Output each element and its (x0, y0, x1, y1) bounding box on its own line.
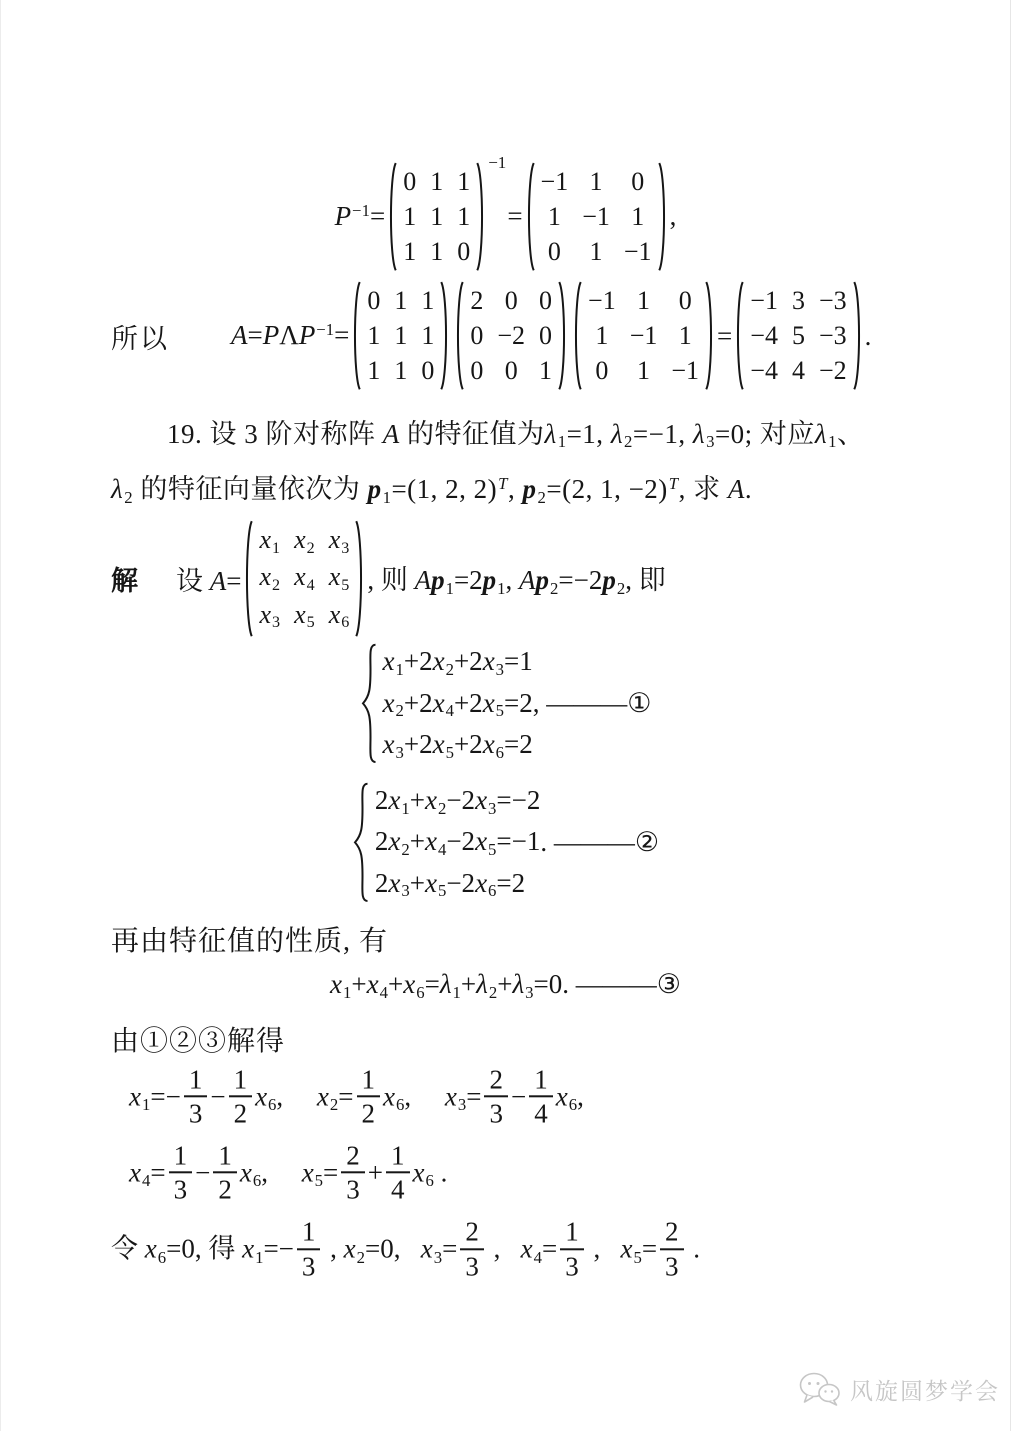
math-text: . ———② (540, 827, 659, 858)
math-text: x1=−13−12x6, x2=12x6, x3=23−14x6, (129, 1067, 584, 1131)
left-paren-icon (453, 281, 465, 390)
left-paren-icon (386, 162, 398, 271)
cases-equation: x1+2x2+2x3=1 (383, 643, 533, 681)
left-paren-icon (571, 281, 583, 390)
fraction: 13 (184, 1064, 208, 1128)
cases-system: 2x1+x2−2x3=−22x2+x4−2x5=−12x3+x5−2x6=2 (352, 782, 541, 903)
fraction: 13 (560, 1217, 584, 1281)
matrix: −1101−1101−1 (524, 162, 669, 271)
fraction: 23 (341, 1140, 365, 1204)
matrix: 011111110−1 (386, 162, 506, 271)
right-paren-icon (657, 162, 669, 271)
watermark: 风旋圆梦学会 (798, 1371, 1000, 1407)
fraction: 13 (169, 1140, 193, 1204)
left-brace-icon (352, 782, 372, 903)
right-paren-icon (475, 162, 487, 271)
matrix: 2000−20001 (453, 281, 569, 390)
math-text: x1+x4+x6=λ1+λ2+λ3=0. ———③ (330, 969, 681, 1003)
math-text: , ———① (533, 688, 652, 719)
cases-equation: x3+2x5+2x6=2 (383, 726, 533, 764)
watermark-text: 风旋圆梦学会 (850, 1373, 1000, 1406)
right-paren-icon (557, 281, 569, 390)
solve-from-123-text: 由①②③解得 (1, 1019, 1010, 1059)
right-paren-icon (354, 520, 366, 637)
fraction: 14 (386, 1140, 410, 1204)
right-paren-icon (704, 281, 716, 390)
fraction: 13 (297, 1217, 321, 1281)
right-paren-icon (439, 281, 451, 390)
fraction: 12 (229, 1064, 253, 1128)
left-paren-icon (524, 162, 536, 271)
fraction: 23 (460, 1217, 484, 1281)
problem-19-statement: 19. 设 3 阶对称阵 A 的特征值为λ1=1, λ2=−1, λ3=0; 对… (1, 407, 1010, 518)
document-page: P−1=011111110−1=−1101−1101−1, 所以A=PΛP−1=… (0, 0, 1011, 1431)
math-text: = (507, 201, 522, 232)
eigenvalue-property-text: 再由特征值的性质, 有 (1, 919, 1010, 959)
final-answer-line: 令 x6=0, 得 x1=−13 , x2=0, x3=23 , x4=13 ,… (1, 1219, 1010, 1283)
math-text: P−1= (335, 201, 386, 232)
equation-system-1: x1+2x2+2x3=1x2+2x4+2x5=2x3+2x5+2x6=2, ——… (1, 643, 1010, 764)
math-text: 设 A= (176, 559, 241, 598)
solution-x4-x5: x4=13−12x6, x5=23+14x6 . (1, 1143, 1010, 1207)
math-text: , 则 Ap1=2p1, Ap2=−2p2, 即 (367, 558, 665, 599)
math-text: = (717, 321, 732, 352)
matrix: 011111110 (350, 281, 451, 390)
solution-label: 解 (111, 559, 140, 598)
fraction: 14 (529, 1064, 553, 1128)
fraction: 12 (357, 1064, 381, 1128)
solution-setup-line: 解设 A=x1x2x3x2x4x5x3x5x6, 则 Ap1=2p1, Ap2=… (1, 520, 1010, 637)
matrix: −1101−1101−1 (571, 281, 716, 390)
math-text: 19. 设 3 阶对称阵 A 的特征值为λ1=1, λ2=−1, λ3=0; 对… (111, 419, 865, 505)
equation-p-inverse: P−1=011111110−1=−1101−1101−1, (1, 162, 1010, 271)
fraction: 12 (213, 1140, 237, 1204)
equation-system-2: 2x1+x2−2x3=−22x2+x4−2x5=−12x3+x5−2x6=2. … (1, 782, 1010, 903)
math-text: A=PΛP−1= (231, 320, 349, 351)
left-brace-icon (360, 643, 380, 764)
math-text: . (865, 321, 872, 352)
solution-x1-x2-x3: x1=−13−12x6, x2=12x6, x3=23−14x6, (1, 1067, 1010, 1131)
cases-system: x1+2x2+2x3=1x2+2x4+2x5=2x3+2x5+2x6=2 (360, 643, 533, 764)
right-paren-icon (852, 281, 864, 390)
cases-equation: 2x3+x5−2x6=2 (375, 865, 525, 903)
left-paren-icon (242, 520, 254, 637)
fraction: 23 (484, 1064, 508, 1128)
math-text: x4=13−12x6, x5=23+14x6 . (129, 1143, 447, 1207)
left-paren-icon (350, 281, 362, 390)
fraction: 23 (660, 1217, 684, 1281)
math-text: , (670, 201, 677, 232)
text-label: 所以 (111, 317, 169, 356)
equation-trace: x1+x4+x6=λ1+λ2+λ3=0. ———③ (1, 969, 1010, 1003)
math-text: 令 x6=0, 得 x1=−13 , x2=0, x3=23 , x4=13 ,… (111, 1219, 700, 1283)
wechat-icon (798, 1371, 842, 1407)
cases-equation: 2x1+x2−2x3=−2 (375, 782, 541, 820)
matrix: x1x2x3x2x4x5x3x5x6 (242, 520, 366, 637)
matrix: −13−3−45−3−44−2 (733, 281, 863, 390)
cases-equation: x2+2x4+2x5=2 (383, 685, 533, 723)
left-paren-icon (733, 281, 745, 390)
equation-a-diagonalization: 所以A=PΛP−1=0111111102000−20001−1101−1101−… (1, 281, 1010, 390)
cases-equation: 2x2+x4−2x5=−1 (375, 823, 541, 861)
